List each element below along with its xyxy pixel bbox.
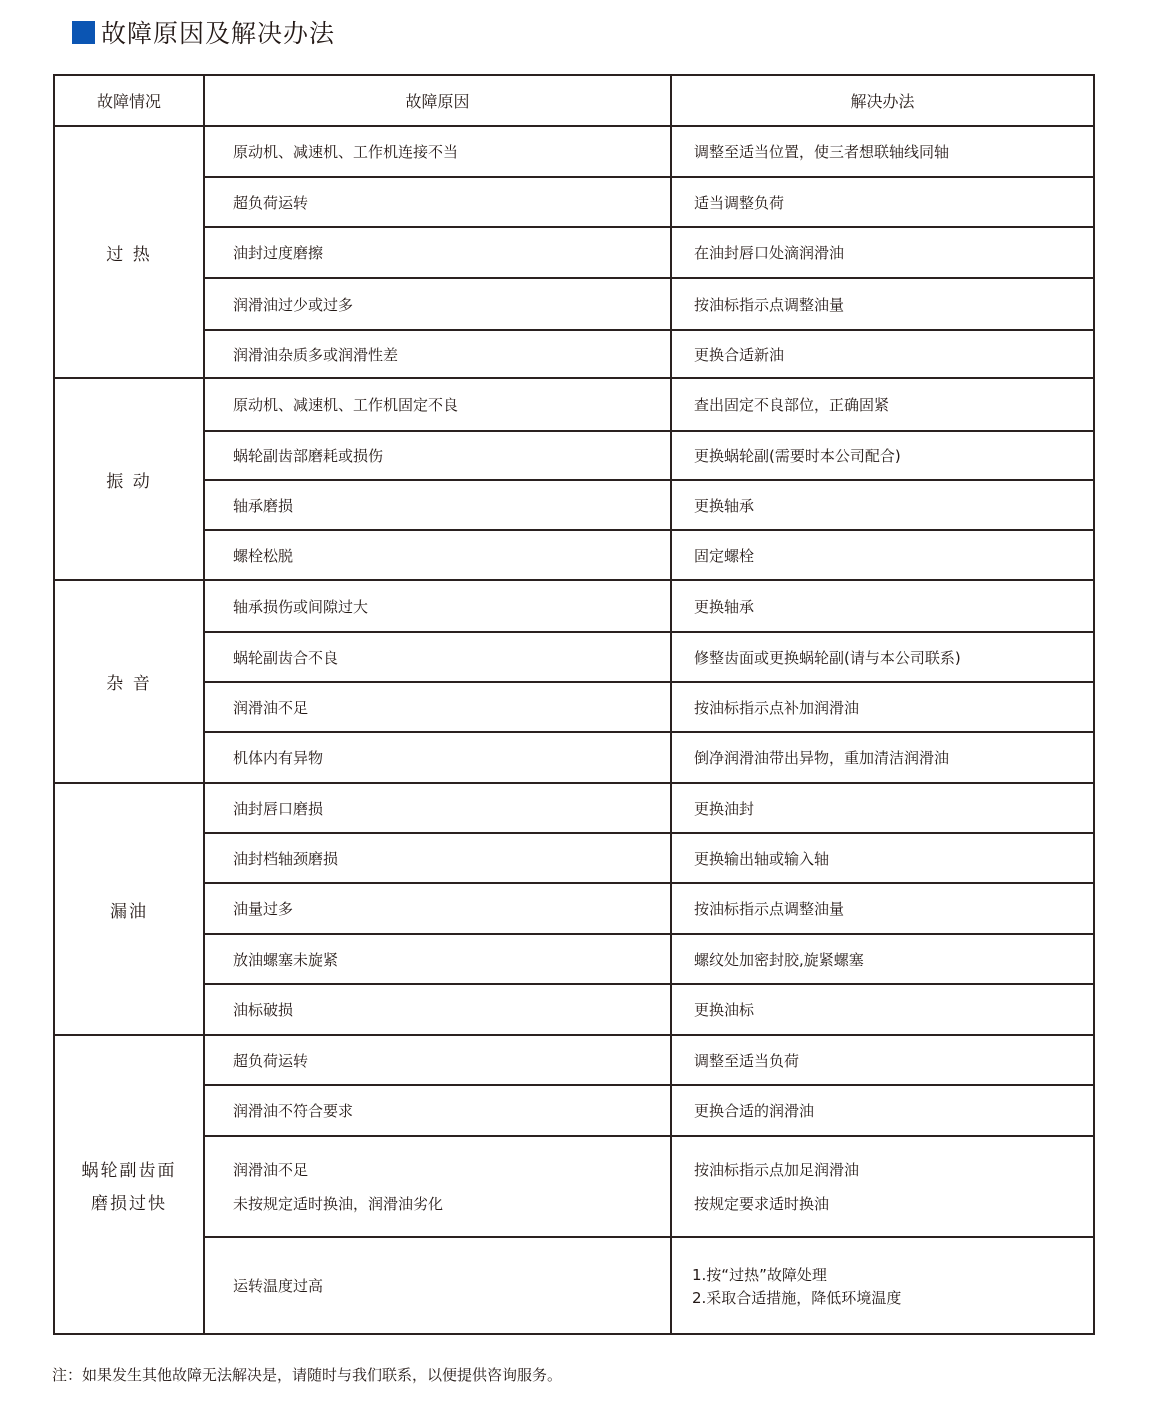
solution-cell: 更换合适的润滑油 [671,1085,1094,1136]
cause-cell: 原动机、减速机、工作机连接不当 [204,126,671,177]
solution-line: 按规定要求适时换油 [694,1193,1093,1214]
table-row: 润滑油过少或过多 按油标指示点调整油量 [54,278,1094,330]
solution-cell: 更换蜗轮副(需要时本公司配合) [671,431,1094,480]
category-line: 蜗轮副齿面 [55,1156,203,1181]
header-cause: 故障原因 [204,75,671,126]
section-title: 故障原因及解决办法 [72,14,335,50]
cause-line: 未按规定适时换油，润滑油劣化 [233,1193,670,1214]
solution-cell: 固定螺栓 [671,530,1094,580]
blue-square-marker-icon [72,21,95,44]
cause-cell: 油封档轴颈磨损 [204,833,671,883]
cause-cell: 螺栓松脱 [204,530,671,580]
table-row: 漏油 油封唇口磨损 更换油封 [54,783,1094,833]
table-row: 放油螺塞未旋紧 螺纹处加密封胶,旋紧螺塞 [54,934,1094,984]
solution-cell: 按油标指示点补加润滑油 [671,682,1094,732]
category-line: 磨损过快 [55,1189,203,1214]
cause-cell: 轴承磨损 [204,480,671,530]
solution-cell: 查出固定不良部位，正确固紧 [671,378,1094,431]
cause-cell: 超负荷运转 [204,177,671,227]
table-row: 机体内有异物 倒净润滑油带出异物，重加清洁润滑油 [54,732,1094,783]
table-row: 油量过多 按油标指示点调整油量 [54,883,1094,934]
cause-cell: 原动机、减速机、工作机固定不良 [204,378,671,431]
footnote: 注：如果发生其他故障无法解决是，请随时与我们联系，以便提供咨询服务。 [52,1364,562,1385]
solution-cell: 适当调整负荷 [671,177,1094,227]
table-row: 润滑油不足 未按规定适时换油，润滑油劣化 按油标指示点加足润滑油 按规定要求适时… [54,1136,1094,1237]
category-vibration: 振 动 [54,378,204,580]
table-row: 杂 音 轴承损伤或间隙过大 更换轴承 [54,580,1094,632]
cause-line: 润滑油不足 [233,1159,670,1180]
table-row: 油标破损 更换油标 [54,984,1094,1035]
table-row: 油封档轴颈磨损 更换输出轴或输入轴 [54,833,1094,883]
cause-cell: 油封过度磨擦 [204,227,671,278]
table-row: 油封过度磨擦 在油封唇口处滴润滑油 [54,227,1094,278]
cause-cell: 运转温度过高 [204,1237,671,1334]
cause-cell: 润滑油不符合要求 [204,1085,671,1136]
solution-cell: 在油封唇口处滴润滑油 [671,227,1094,278]
category-noise: 杂 音 [54,580,204,783]
solution-line: 2.采取合适措施，降低环境温度 [692,1287,1093,1308]
table-row: 润滑油不符合要求 更换合适的润滑油 [54,1085,1094,1136]
solution-cell: 调整至适当负荷 [671,1035,1094,1085]
header-category: 故障情况 [54,75,204,126]
solution-cell: 螺纹处加密封胶,旋紧螺塞 [671,934,1094,984]
table-row: 润滑油杂质多或润滑性差 更换合适新油 [54,330,1094,378]
cause-cell: 蜗轮副齿部磨耗或损伤 [204,431,671,480]
table-header-row: 故障情况 故障原因 解决办法 [54,75,1094,126]
solution-cell: 按油标指示点调整油量 [671,278,1094,330]
solution-cell: 按油标指示点调整油量 [671,883,1094,934]
solution-cell: 调整至适当位置，使三者想联轴线同轴 [671,126,1094,177]
header-solution: 解决办法 [671,75,1094,126]
fault-table: 故障情况 故障原因 解决办法 过 热 原动机、减速机、工作机连接不当 调整至适当… [53,74,1095,1335]
cause-cell: 润滑油不足 未按规定适时换油，润滑油劣化 [204,1136,671,1237]
solution-cell: 修整齿面或更换蜗轮副(请与本公司联系) [671,632,1094,682]
solution-line: 1.按“过热”故障处理 [692,1264,1093,1285]
cause-cell: 润滑油不足 [204,682,671,732]
solution-line: 按油标指示点加足润滑油 [694,1159,1093,1180]
solution-cell: 更换合适新油 [671,330,1094,378]
table-row: 蜗轮副齿部磨耗或损伤 更换蜗轮副(需要时本公司配合) [54,431,1094,480]
solution-cell: 按油标指示点加足润滑油 按规定要求适时换油 [671,1136,1094,1237]
table-row: 轴承磨损 更换轴承 [54,480,1094,530]
table-row: 过 热 原动机、减速机、工作机连接不当 调整至适当位置，使三者想联轴线同轴 [54,126,1094,177]
solution-cell: 1.按“过热”故障处理 2.采取合适措施，降低环境温度 [671,1237,1094,1334]
table-row: 超负荷运转 适当调整负荷 [54,177,1094,227]
solution-cell: 更换油封 [671,783,1094,833]
table-row: 润滑油不足 按油标指示点补加润滑油 [54,682,1094,732]
cause-cell: 油封唇口磨损 [204,783,671,833]
cause-cell: 轴承损伤或间隙过大 [204,580,671,632]
cause-cell: 油标破损 [204,984,671,1035]
cause-cell: 油量过多 [204,883,671,934]
category-oil-leak: 漏油 [54,783,204,1035]
cause-cell: 机体内有异物 [204,732,671,783]
table-row: 蜗轮副齿合不良 修整齿面或更换蜗轮副(请与本公司联系) [54,632,1094,682]
table-row: 蜗轮副齿面 磨损过快 超负荷运转 调整至适当负荷 [54,1035,1094,1085]
cause-cell: 蜗轮副齿合不良 [204,632,671,682]
solution-cell: 更换轴承 [671,480,1094,530]
cause-cell: 润滑油过少或过多 [204,278,671,330]
cause-cell: 润滑油杂质多或润滑性差 [204,330,671,378]
table-row: 运转温度过高 1.按“过热”故障处理 2.采取合适措施，降低环境温度 [54,1237,1094,1334]
solution-cell: 更换油标 [671,984,1094,1035]
solution-cell: 更换轴承 [671,580,1094,632]
category-overheat: 过 热 [54,126,204,378]
category-worm-gear-wear: 蜗轮副齿面 磨损过快 [54,1035,204,1334]
cause-cell: 超负荷运转 [204,1035,671,1085]
section-title-text: 故障原因及解决办法 [101,14,335,50]
solution-cell: 更换输出轴或输入轴 [671,833,1094,883]
table-row: 螺栓松脱 固定螺栓 [54,530,1094,580]
cause-cell: 放油螺塞未旋紧 [204,934,671,984]
table-row: 振 动 原动机、减速机、工作机固定不良 查出固定不良部位，正确固紧 [54,378,1094,431]
solution-cell: 倒净润滑油带出异物，重加清洁润滑油 [671,732,1094,783]
